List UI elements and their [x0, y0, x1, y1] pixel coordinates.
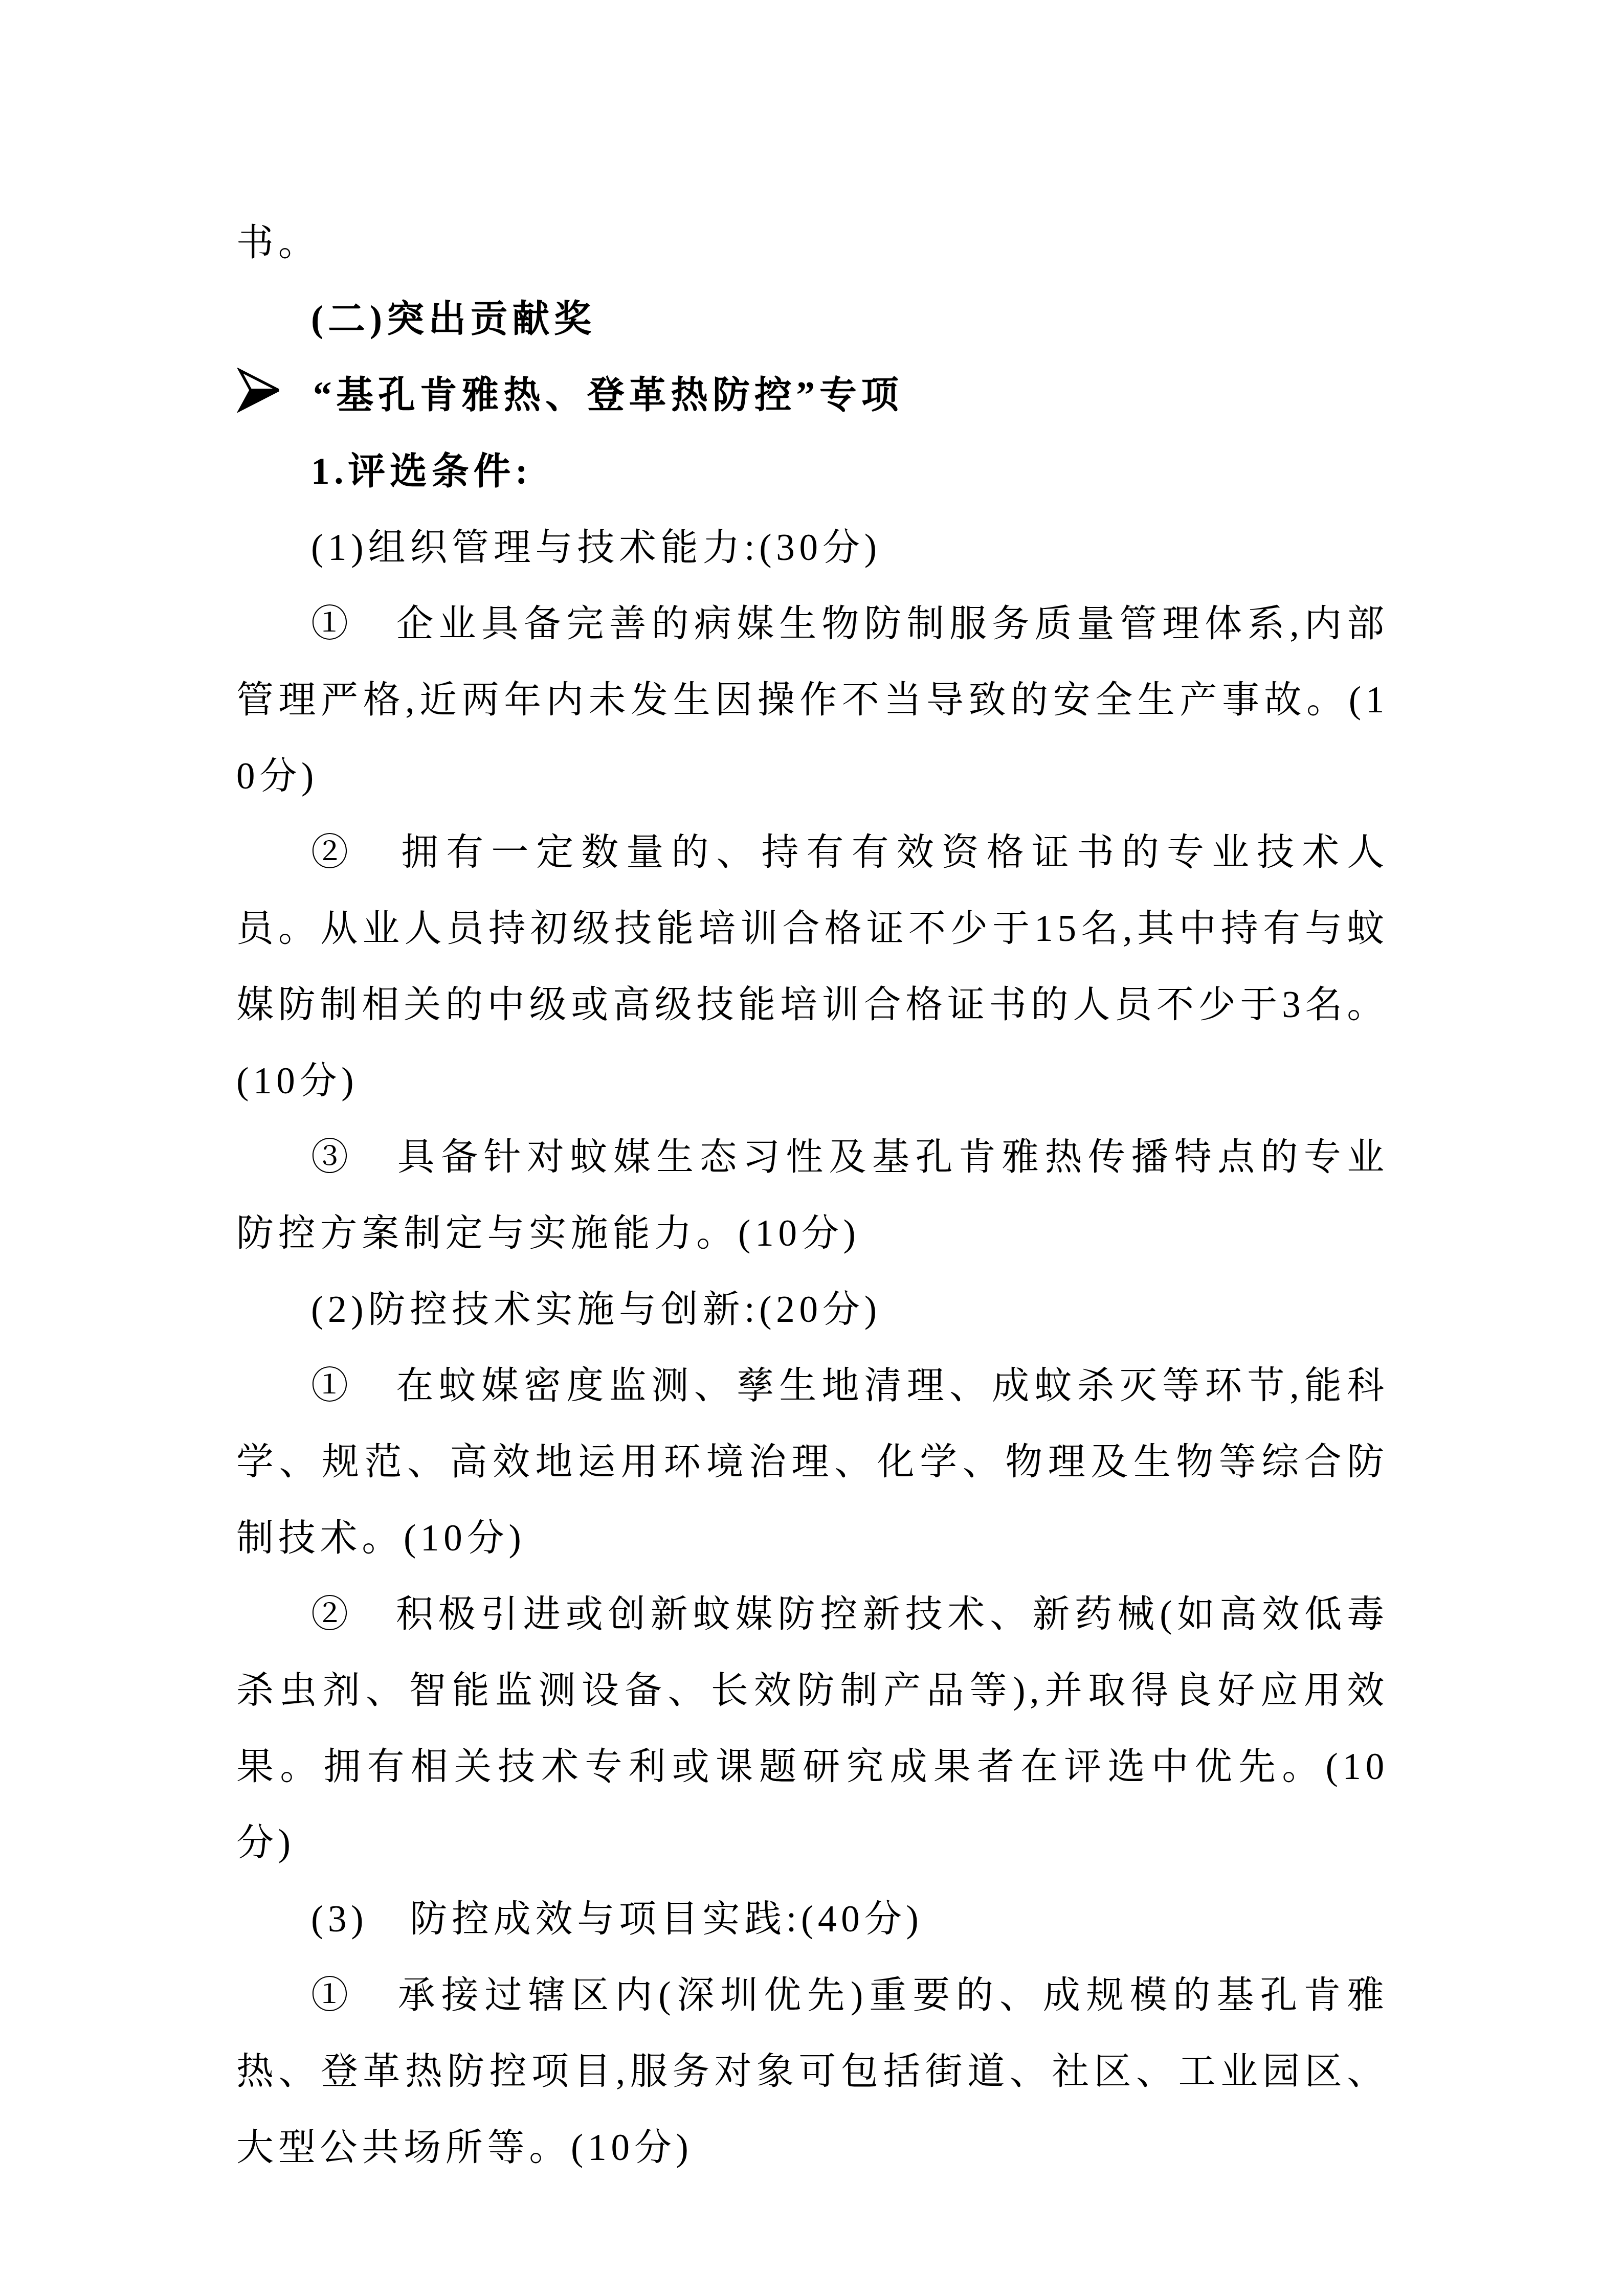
- item-2-technical-implementation-innovation: (2)防控技术实施与创新:(20分): [236, 1271, 1389, 1347]
- clause-1-project-experience: ① 承接过辖区内(深圳优先)重要的、成规模的基孔肯雅热、登革热防控项目,服务对象…: [236, 1957, 1389, 2186]
- bullet-special-project-heading: “基孔肯雅热、登革热防控”专项: [236, 357, 1389, 433]
- item-1-org-management-capability: (1)组织管理与技术能力:(30分): [236, 509, 1389, 586]
- clause-1-quality-management-system: ① 企业具备完善的病媒生物防制服务质量管理体系,内部管理严格,近两年内未发生因操…: [236, 586, 1389, 814]
- heading-selection-criteria: 1.评选条件:: [236, 433, 1389, 509]
- arrow-bullet-icon: [236, 362, 281, 407]
- clause-2-new-technology-adoption: ② 积极引进或创新蚊媒防控新技术、新药械(如高效低毒杀虫剂、智能监测设备、长效防…: [236, 1576, 1389, 1881]
- clause-3-prevention-plan-capability: ③ 具备针对蚊媒生态习性及基孔肯雅热传播特点的专业防控方案制定与实施能力。(10…: [236, 1119, 1389, 1271]
- clause-1-comprehensive-control-techniques: ① 在蚊媒密度监测、孳生地清理、成蚊杀灭等环节,能科学、规范、高效地运用环境治理…: [236, 1347, 1389, 1576]
- item-3-effectiveness-and-project-practice: (3) 防控成效与项目实践:(40分): [236, 1881, 1389, 1957]
- document-content: 书。 (二)突出贡献奖 “基孔肯雅热、登革热防控”专项 1.评选条件: (1)组…: [236, 205, 1389, 2186]
- special-project-title: “基孔肯雅热、登革热防控”专项: [313, 374, 903, 416]
- paragraph-continuation: 书。: [236, 205, 1389, 281]
- clause-2-certified-technical-staff: ② 拥有一定数量的、持有有效资格证书的专业技术人员。从业人员持初级技能培训合格证…: [236, 814, 1389, 1119]
- document-page: 书。 (二)突出贡献奖 “基孔肯雅热、登革热防控”专项 1.评选条件: (1)组…: [0, 0, 1624, 2296]
- heading-outstanding-contribution-award: (二)突出贡献奖: [236, 281, 1389, 357]
